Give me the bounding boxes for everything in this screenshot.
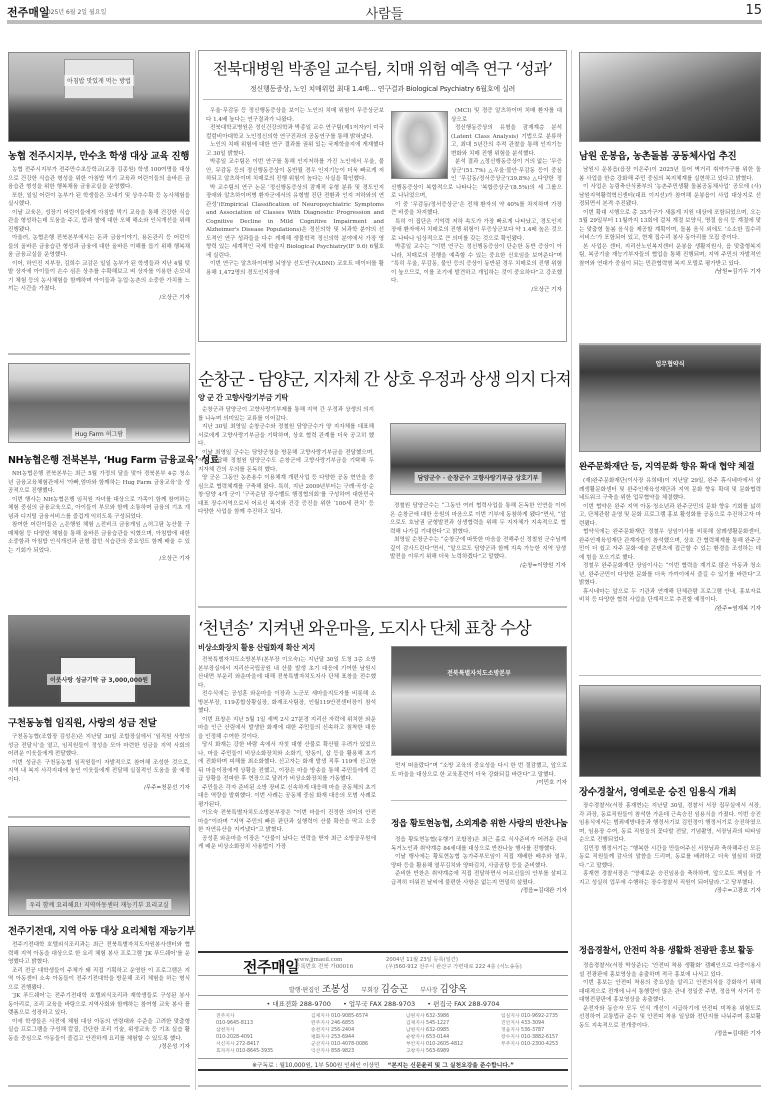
photo-hometown-donation: 담양군수 · 순창군수 고향사랑기부금 상호기부 xyxy=(390,423,566,495)
footer-rule xyxy=(198,1058,568,1059)
feature-rule xyxy=(203,99,562,100)
byline: /정읍=김대완 기자 xyxy=(579,1030,761,1039)
article-body: 정읍경찰서(서장 박상준)는 ‘안전띠 착용 생활화’ 캠페인으로 다중이용시설… xyxy=(579,962,761,1080)
headline-hug-farm: NH농협은행 전북본부, ‘Hug Farm 금융교육’ 성료 xyxy=(8,452,219,466)
article-divider xyxy=(8,816,190,818)
photo-jangsu-police xyxy=(579,685,761,777)
article-divider xyxy=(8,1085,190,1087)
headline-sunchang-damyang: 순창군 - 담양군, 지자체 간 상호 우정과 상생 의지 다져 xyxy=(198,365,571,390)
byline: /오상근 기자 xyxy=(8,555,190,564)
sunchang-body-col2: 정철원 담양군수는 “그동안 여러 협력사업을 통해 돈독한 인연을 이어온 순… xyxy=(390,502,566,602)
column-rule xyxy=(195,50,196,1090)
article-body: 남원시 운봉읍(읍장 이은주)이 2025년 들어 벽거리 취약가구를 위한 돌… xyxy=(579,166,761,338)
waun-body-col1: 전북특별자치도소방본부(본부장 이오숙)는 지난달 30일 도청 3층 소방본부… xyxy=(198,656,376,946)
page-number: 15 xyxy=(745,3,762,18)
byline: /오상근 기자 xyxy=(8,294,190,303)
byline: /장수=고광호 기자 xyxy=(579,887,761,896)
photo-caption: 전북특별자치도소방본부 xyxy=(444,667,514,678)
byline: /정은성 기자 xyxy=(8,1043,190,1052)
photo-caption: Hug Farm 허그팜 xyxy=(72,428,126,439)
sunchang-body-col1: 순창군과 담양군이 고향사랑기부제를 통해 지역 간 우정과 상생의 의지를 나… xyxy=(198,406,374,602)
byline: /정읍=김대완 기자 xyxy=(391,887,567,896)
photo-caption: 이웃사랑 성금기탁 금 3,000,000원 xyxy=(47,674,151,685)
byline: /오상근 기자 xyxy=(391,286,562,295)
byline: /완주=염재복 기자 xyxy=(579,605,761,614)
photo-caption: 우리 함께 요리해요! 지역아동센터 재능기부 요리교실 xyxy=(26,899,171,910)
subheadline-sunchang: 양 군 간 고향사랑기부금 기탁 xyxy=(198,393,288,403)
photo-fire-award: 전북특별자치도소방본부 xyxy=(391,646,567,756)
subheadline-waun: 비상소화장치 활용 산림화재 확산 저지 xyxy=(198,643,315,653)
headline-jeongeup-police: 정읍경찰서, 안전띠 착용 생활화 전광판 홍보 활동 xyxy=(579,944,753,956)
byline: /무주=천문선 기자 xyxy=(8,784,190,793)
footer-website: www.jjmaeil.com 등록번호 전북 가00016 xyxy=(295,957,353,971)
footer-phones: • 대표전화 288-9700 • 업무국 FAX 288-9703 • 편집국… xyxy=(198,999,568,1008)
article-body: 전주기전대학 호텔외식조리과는 최근 전북특별자치도자원봉사센터와 협력해 지역… xyxy=(8,941,190,1081)
headline-waun-village: ‘천년송’ 지켜낸 와운마을, 도지사 단체 표창 수상 xyxy=(198,614,531,639)
feature-article-box: 전북대병원 박종일 교수팀, 치매 위험 예측 연구 ‘성과’ 정신행동증상, … xyxy=(198,50,567,342)
column-rule xyxy=(571,50,572,1090)
waun-body-col2: 먼저 떠올랐다”며 “소방 교육의 중요성을 다시 한 번 절감했고, 앞으로도… xyxy=(391,762,567,792)
footer-branch-list: 전주지사010-9645-8113삼천지사010-2028-4091서신지사 2… xyxy=(216,1013,561,1055)
footer-rule xyxy=(198,995,568,996)
byline: /남원=김기두 기자 xyxy=(579,268,761,277)
footer-staff: 발행·편집인조봉성 부회장김승곤 부사장김양옥 xyxy=(198,981,568,995)
article-body: NH농협은행 전북본부는 최근 5월 가정의 달을 맞아 정북본부 4층 청소년… xyxy=(8,470,190,590)
photo-hug-farm: Hug Farm 허그팜 xyxy=(8,363,190,443)
headline-gucheondong: 구천동농협 임직원, 사랑의 성금 전달 xyxy=(8,715,157,729)
footer-rule xyxy=(198,951,568,953)
footer-logo: 전주매일 xyxy=(243,956,299,977)
article-body: 장수경찰서(서장 홍재현)는 지난달 30일, 경찰서 서장 집무실에서 서장,… xyxy=(579,802,761,914)
headline-nonghyup-jeonju: 농협 전주시지부, 만수초 학생 대상 교육 진행 xyxy=(8,148,189,162)
photo-caption: 아침밥 맛있게 먹는 방법 xyxy=(64,75,134,86)
article-body: 구천동농협(조합장 김성은)은 지난달 30일 조합장실에서 ‘임직원 사랑의 … xyxy=(8,733,190,803)
masthead: 전주매일 2025년 6월 2일 월요일 사람들 15 xyxy=(7,2,762,22)
footer-rule xyxy=(198,1069,568,1071)
article-divider xyxy=(198,606,567,608)
headline-jangsu-police: 장수경찰서, 영예로운 승진 임용식 개최 xyxy=(579,784,736,798)
feature-body-col1: 우울·무감동 등 정신행동증상을 보이는 노인의 치매 위험이 무증상군보다 1… xyxy=(206,107,384,339)
photo-gucheondong-donation: 이웃사랑 성금기탁 금 3,000,000원 xyxy=(8,615,190,707)
footer-founded: 2004년 11월 23일 등록(일간) (우)560-912 전주시 완산구 … xyxy=(386,957,522,971)
hwangto-body: 정읍 황토현농협(유행기 조합장)은 최근 홀로 식사준비가 어려운 관내 독거… xyxy=(391,836,567,944)
photo-caption: 담양군수 · 순창군수 고향사랑기부금 상호기부 xyxy=(415,472,542,483)
headline-kijeon: 전주기전대, 지역 아동 대상 요리체험 재능기부 xyxy=(8,923,195,937)
footer-rule xyxy=(198,975,568,976)
photo-caption: 업무협약식 xyxy=(653,358,688,369)
photo-unbong-care xyxy=(579,52,761,142)
article-divider xyxy=(8,353,190,355)
footer-notice: ※구독료 : 월10,000원, 1부 500원 인쇄인 이상민“본지는 신문윤… xyxy=(198,1060,568,1069)
feature-body-col2: (MCI) 및 경증 알츠하이머 치매 환자를 대상으로 정신행동증상의 유형을… xyxy=(391,107,562,339)
headline-unbong: 남원 운봉읍, 농촌돌봄 공동체사업 추진 xyxy=(579,148,736,162)
article-divider xyxy=(579,675,761,676)
footer-rule xyxy=(198,1009,568,1010)
headline-wanju-culture: 완주문화재단 등, 지역문화 향유 확대 협약 체결 xyxy=(579,459,754,472)
photo-kijeon-cooking: 우리 함께 요리해요! 지역아동센터 재능기부 요리교실 xyxy=(8,826,190,916)
article-divider xyxy=(579,1085,761,1087)
photo-wanju-agreement: 업무협약식 xyxy=(579,345,761,452)
photo-nonghyup-class: 아침밥 맛있게 먹는 방법 xyxy=(8,52,190,142)
headline-hwangto-nonghyup: 정읍 황토현농협, 소외계층 위한 사랑의 반찬나눔 xyxy=(391,817,567,829)
article-divider xyxy=(391,800,567,801)
footer-rule xyxy=(198,1085,568,1087)
article-body: (재)완주문화재단(이사장 유희태)이 지난달 29일, 완주 휴시네마에서 삼… xyxy=(579,477,761,649)
header-rule xyxy=(7,20,762,24)
article-body: 농협 전주시지부가 전주만수초등학교(교장 김종원) 학생 100여명을 대상으… xyxy=(8,166,190,334)
feature-subheadline: 정신행동증상, 노인 치매위험 최대 1.4배… 연구결과 Biological… xyxy=(199,84,566,94)
byline: /순창=이양원 기자 xyxy=(390,562,566,571)
byline: /이민호 기자 xyxy=(391,779,567,788)
feature-headline: 전북대병원 박종일 교수팀, 치매 위험 예측 연구 ‘성과’ xyxy=(199,57,566,79)
